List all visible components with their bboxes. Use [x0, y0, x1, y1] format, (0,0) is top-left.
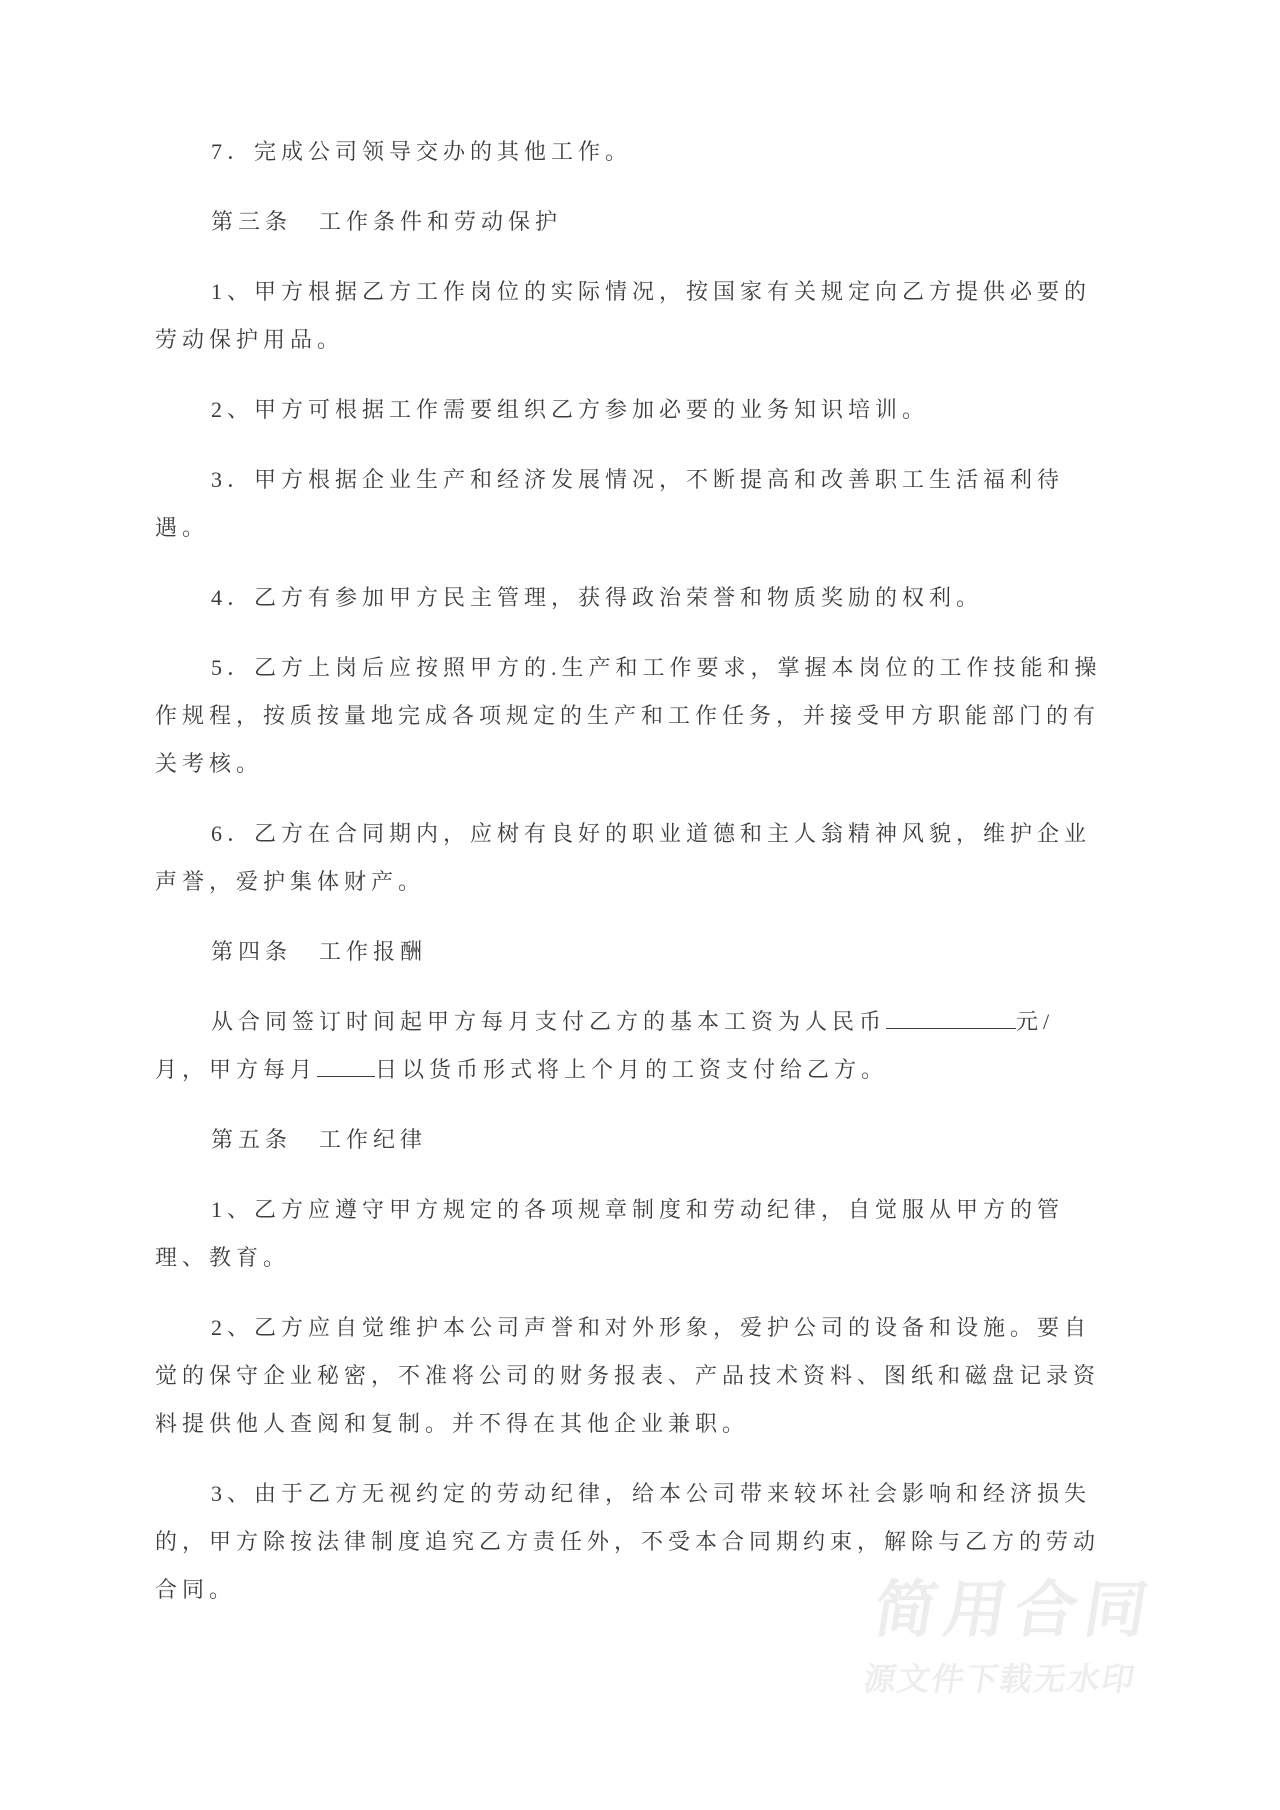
heading-article-5: 第五条 工作纪律 — [155, 1116, 1107, 1164]
article3-item-1: 1、甲方根据乙方工作岗位的实际情况，按国家有关规定向乙方提供必要的劳动保护用品。 — [155, 268, 1107, 364]
article5-item-2: 2、乙方应自觉维护本公司声誉和对外形象，爱护公司的设备和设施。要自觉的保守企业秘… — [155, 1304, 1107, 1448]
document-page: 7．完成公司领导交办的其他工作。 第三条 工作条件和劳动保护 1、甲方根据乙方工… — [0, 0, 1280, 1810]
article3-item-5: 5．乙方上岗后应按照甲方的.生产和工作要求，掌握本岗位的工作技能和操作规程，按质… — [155, 644, 1107, 788]
watermark-title: 简用合同 — [870, 1578, 1200, 1644]
salary-text-before-amount: 从合同签订时间起甲方每月支付乙方的基本工资为人民币 — [211, 1009, 886, 1034]
clause-item-7: 7．完成公司领导交办的其他工作。 — [155, 128, 1107, 176]
article3-item-4: 4．乙方有参加甲方民主管理，获得政治荣誉和物质奖励的权利。 — [155, 574, 1107, 622]
salary-amount-blank — [886, 1008, 1016, 1029]
article3-item-6: 6．乙方在合同期内，应树有良好的职业道德和主人翁精神风貌，维护企业声誉，爱护集体… — [155, 810, 1107, 906]
salary-text-after-day: 日以货币形式将上个月的工资支付给乙方。 — [375, 1057, 888, 1082]
pay-day-blank — [317, 1056, 375, 1077]
salary-paragraph: 从合同签订时间起甲方每月支付乙方的基本工资为人民币元/月，甲方每月日以货币形式将… — [155, 998, 1107, 1094]
watermark: 简用合同 源文件下载无水印 — [861, 1578, 1200, 1696]
contract-body: 7．完成公司领导交办的其他工作。 第三条 工作条件和劳动保护 1、甲方根据乙方工… — [155, 128, 1107, 1614]
heading-article-3: 第三条 工作条件和劳动保护 — [155, 198, 1107, 246]
article3-item-3: 3．甲方根据企业生产和经济发展情况，不断提高和改善职工生活福利待遇。 — [155, 456, 1107, 552]
article5-item-1: 1、乙方应遵守甲方规定的各项规章制度和劳动纪律，自觉服从甲方的管理、教育。 — [155, 1186, 1107, 1282]
article3-item-2: 2、甲方可根据工作需要组织乙方参加必要的业务知识培训。 — [155, 386, 1107, 434]
watermark-subtitle: 源文件下载无水印 — [861, 1662, 1186, 1696]
heading-article-4: 第四条 工作报酬 — [155, 928, 1107, 976]
